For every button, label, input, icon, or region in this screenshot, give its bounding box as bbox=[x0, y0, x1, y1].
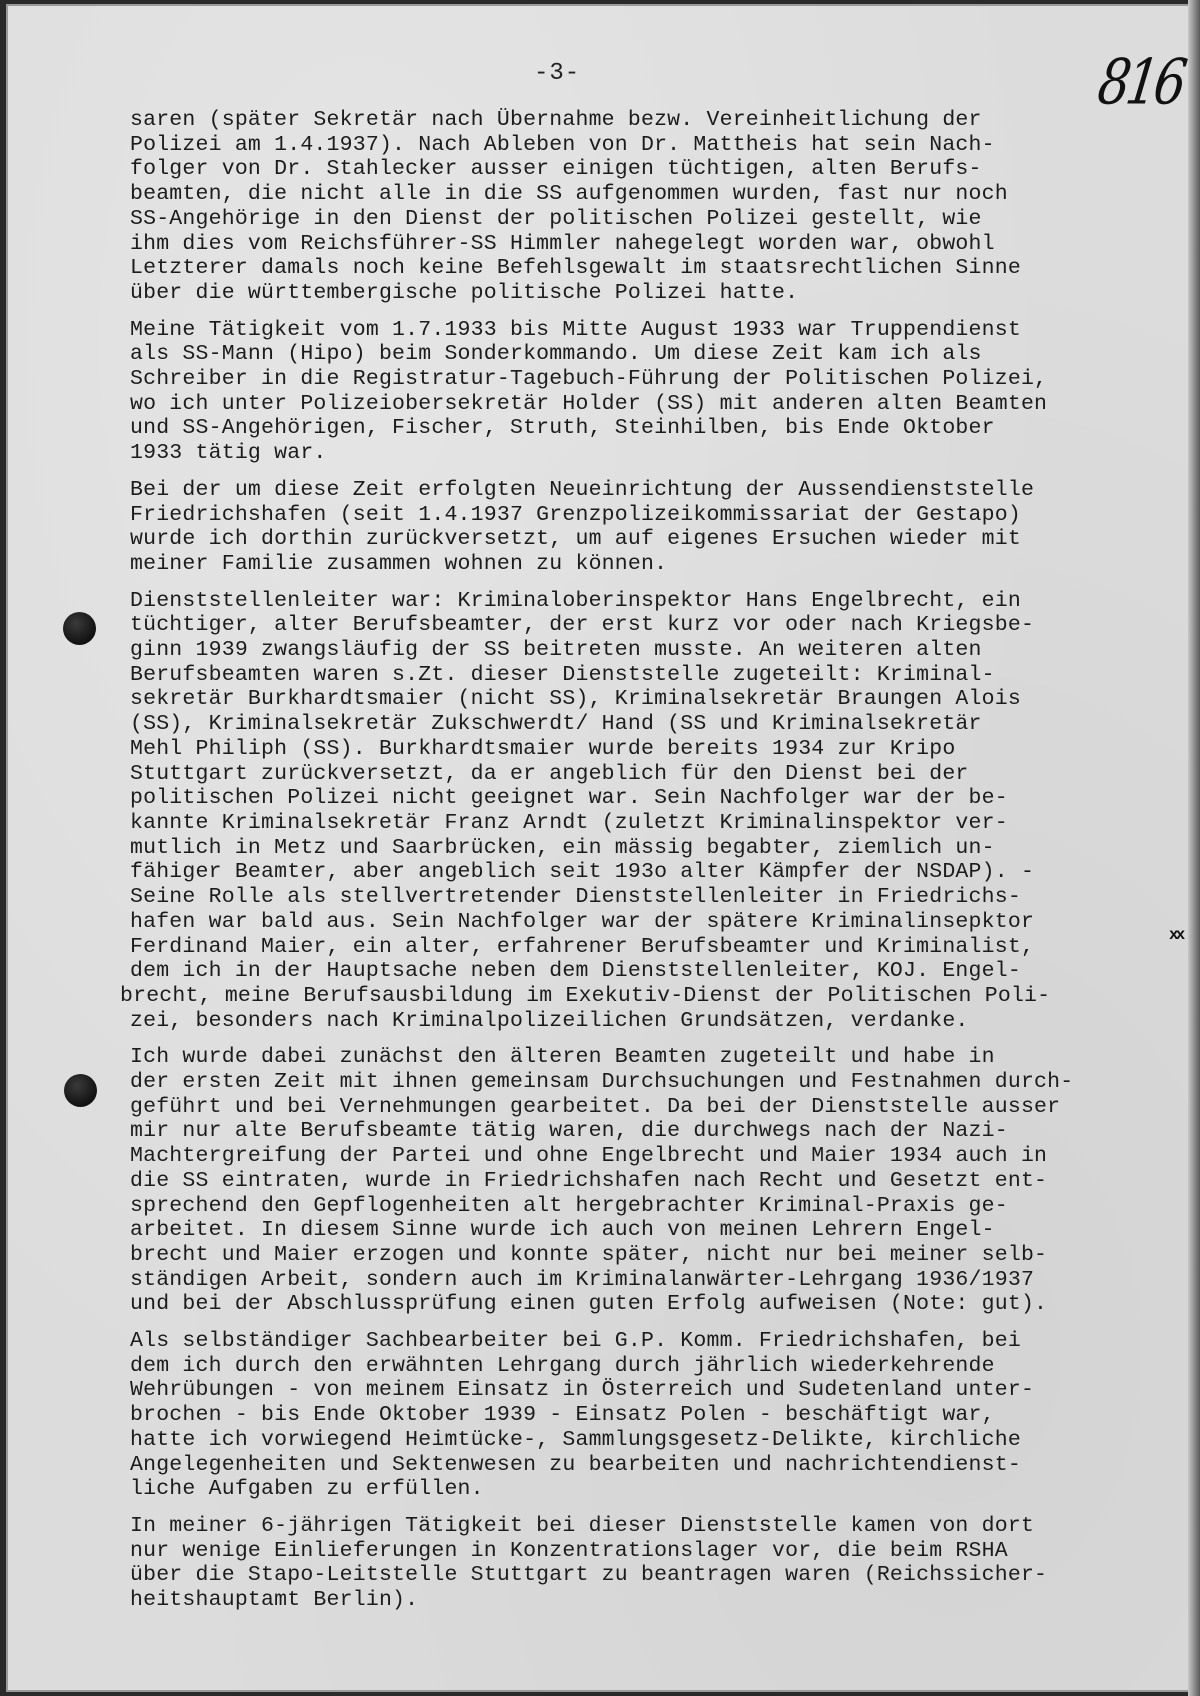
document-page: -3- 816 xx saren (später Sekretär nach Ü… bbox=[6, 4, 1192, 1692]
text-line: als SS-Mann (Hipo) beim Sonderkommando. … bbox=[130, 342, 1180, 367]
text-line: saren (später Sekretär nach Übernahme be… bbox=[130, 108, 1180, 133]
punch-hole-icon bbox=[63, 612, 96, 645]
text-line: Ferdinand Maier, ein alter, erfahrener B… bbox=[130, 935, 1180, 960]
typed-body-text: saren (später Sekretär nach Übernahme be… bbox=[130, 108, 1180, 1625]
text-line: und SS-Angehörigen, Fischer, Struth, Ste… bbox=[130, 416, 1180, 441]
text-line: Ich wurde dabei zunächst den älteren Bea… bbox=[130, 1045, 1180, 1070]
text-line: und bei der Abschlussprüfung einen guten… bbox=[130, 1292, 1180, 1317]
text-line: brochen - bis Ende Oktober 1939 - Einsat… bbox=[130, 1403, 1180, 1428]
text-line: mutlich in Metz und Saarbrücken, ein mäs… bbox=[130, 836, 1180, 861]
text-line: Dienststellenleiter war: Kriminaloberins… bbox=[130, 589, 1180, 614]
paragraph-6: Als selbständiger Sachbearbeiter bei G.P… bbox=[130, 1329, 1180, 1502]
paragraph-1: saren (später Sekretär nach Übernahme be… bbox=[130, 108, 1180, 306]
text-line: kannte Kriminalsekretär Franz Arndt (zul… bbox=[130, 811, 1180, 836]
text-line: dem ich in der Hauptsache neben dem Dien… bbox=[130, 959, 1180, 984]
text-line: Seine Rolle als stellvertretender Dienst… bbox=[130, 885, 1180, 910]
text-line: Als selbständiger Sachbearbeiter bei G.P… bbox=[130, 1329, 1180, 1354]
paragraph-2: Meine Tätigkeit vom 1.7.1933 bis Mitte A… bbox=[130, 318, 1180, 466]
punch-hole-icon bbox=[64, 1074, 97, 1107]
page-number: -3- bbox=[534, 60, 580, 87]
text-line: arbeitet. In diesem Sinne wurde ich auch… bbox=[130, 1218, 1180, 1243]
text-line: Mehl Philiph (SS). Burkhardtsmaier wurde… bbox=[130, 737, 1180, 762]
text-line: mir nur alte Berufsbeamte tätig waren, d… bbox=[130, 1119, 1180, 1144]
paragraph-7: In meiner 6-jährigen Tätigkeit bei diese… bbox=[130, 1514, 1180, 1613]
text-line: Berufsbeamten waren s.Zt. dieser Diensts… bbox=[130, 663, 1180, 688]
text-line: der ersten Zeit mit ihnen gemeinsam Durc… bbox=[130, 1070, 1180, 1095]
paragraph-5: Ich wurde dabei zunächst den älteren Bea… bbox=[130, 1045, 1180, 1317]
text-line: geführt und bei Vernehmungen gearbeitet.… bbox=[130, 1095, 1180, 1120]
text-line: dem ich durch den erwähnten Lehrgang dur… bbox=[130, 1354, 1180, 1379]
text-line: die SS eintraten, wurde in Friedrichshaf… bbox=[130, 1169, 1180, 1194]
text-line: SS-Angehörige in den Dienst der politisc… bbox=[130, 207, 1180, 232]
text-line: wo ich unter Polizeiobersekretär Holder … bbox=[130, 392, 1180, 417]
text-line: Meine Tätigkeit vom 1.7.1933 bis Mitte A… bbox=[130, 318, 1180, 343]
text-line: sprechend den Gepflogenheiten alt hergeb… bbox=[130, 1194, 1180, 1219]
text-line: fähiger Beamter, aber angeblich seit 193… bbox=[130, 860, 1180, 885]
text-line: Schreiber in die Registratur-Tagebuch-Fü… bbox=[130, 367, 1180, 392]
text-line: sekretär Burkhardtsmaier (nicht SS), Kri… bbox=[130, 687, 1180, 712]
text-line: Bei der um diese Zeit erfolgten Neueinri… bbox=[130, 478, 1180, 503]
text-line: ihm dies vom Reichsführer-SS Himmler nah… bbox=[130, 232, 1180, 257]
text-line: Stuttgart zurückversetzt, da er angeblic… bbox=[130, 762, 1180, 787]
text-line: Letzterer damals noch keine Befehlsgewal… bbox=[130, 256, 1180, 281]
text-line: über die Stapo-Leitstelle Stuttgart zu b… bbox=[130, 1563, 1180, 1588]
text-line: politischen Polizei nicht geeignet war. … bbox=[130, 786, 1180, 811]
text-line: Machtergreifung der Partei und ohne Enge… bbox=[130, 1144, 1180, 1169]
text-line: 1933 tätig war. bbox=[130, 441, 1180, 466]
text-line: ständigen Arbeit, sondern auch im Krimin… bbox=[130, 1268, 1180, 1293]
text-line: In meiner 6-jährigen Tätigkeit bei diese… bbox=[130, 1514, 1180, 1539]
text-line: liche Aufgaben zu erfüllen. bbox=[130, 1477, 1180, 1502]
text-line: Wehrübungen - von meinem Einsatz in Öste… bbox=[130, 1378, 1180, 1403]
text-line: beamten, die nicht alle in die SS aufgen… bbox=[130, 182, 1180, 207]
text-line: Friedrichshafen (seit 1.4.1937 Grenzpoli… bbox=[130, 503, 1180, 528]
text-line: wurde ich dorthin zurückversetzt, um auf… bbox=[130, 527, 1180, 552]
text-line: hafen war bald aus. Sein Nachfolger war … bbox=[130, 910, 1180, 935]
text-line: brecht und Maier erzogen und konnte spät… bbox=[130, 1243, 1180, 1268]
text-line: nur wenige Einlieferungen in Konzentrati… bbox=[130, 1539, 1180, 1564]
text-line: über die württembergische politische Pol… bbox=[130, 281, 1180, 306]
paragraph-4: Dienststellenleiter war: Kriminaloberins… bbox=[130, 589, 1180, 1034]
text-line: tüchtiger, alter Berufsbeamter, der erst… bbox=[130, 613, 1180, 638]
text-line: hatte ich vorwiegend Heimtücke-, Sammlun… bbox=[130, 1428, 1180, 1453]
text-line: brecht, meine Berufsausbildung im Exekut… bbox=[120, 984, 1180, 1009]
text-line: Polizei am 1.4.1937). Nach Ableben von D… bbox=[130, 133, 1180, 158]
text-line: zei, besonders nach Kriminalpolizeiliche… bbox=[130, 1009, 1180, 1034]
text-line: meiner Familie zusammen wohnen zu können… bbox=[130, 552, 1180, 577]
scan-edge-shadow bbox=[1188, 0, 1200, 1696]
text-line: ginn 1939 zwangsläufig der SS beitreten … bbox=[130, 638, 1180, 663]
paragraph-3: Bei der um diese Zeit erfolgten Neueinri… bbox=[130, 478, 1180, 577]
text-line: Angelegenheiten und Sektenwesen zu bearb… bbox=[130, 1453, 1180, 1478]
text-line: heitshauptamt Berlin). bbox=[130, 1588, 1180, 1613]
text-line: (SS), Kriminalsekretär Zukschwerdt/ Hand… bbox=[130, 712, 1180, 737]
text-line: folger von Dr. Stahlecker ausser einigen… bbox=[130, 157, 1180, 182]
